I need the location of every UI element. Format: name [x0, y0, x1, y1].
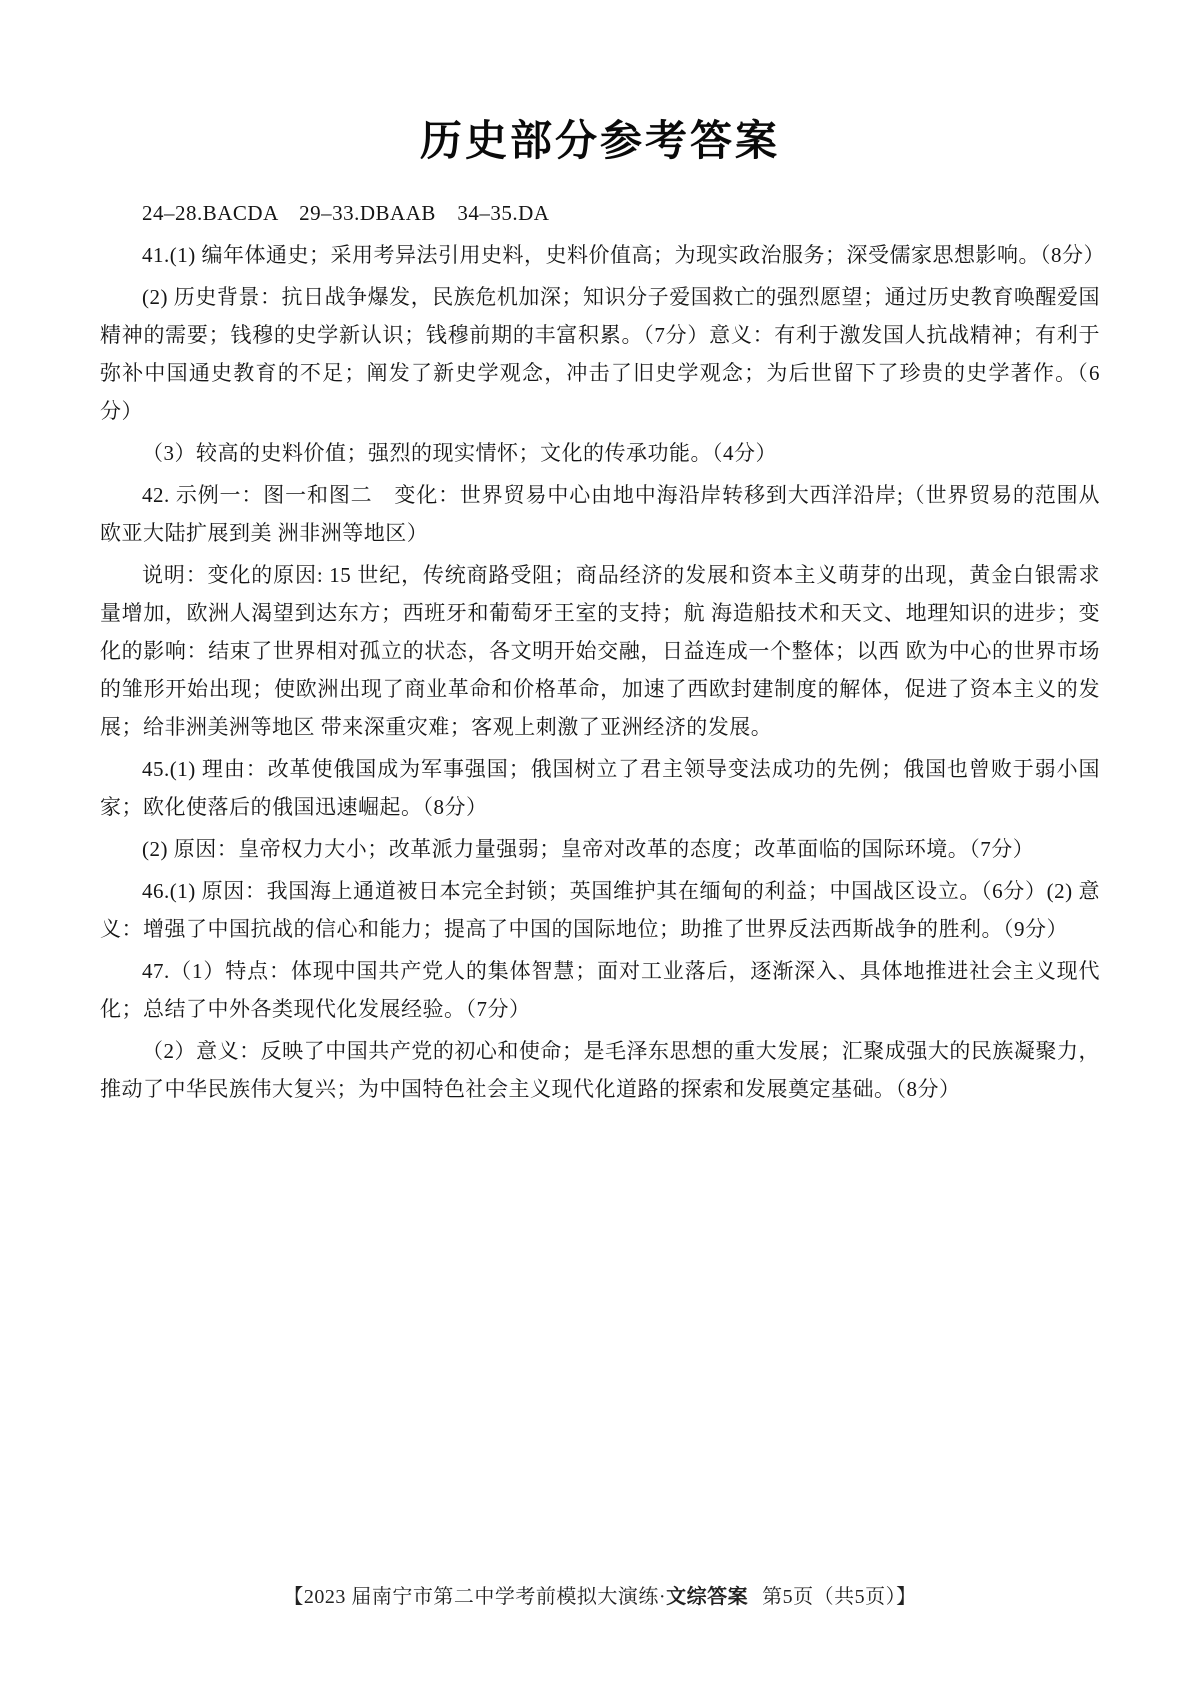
choice-answers-line: 24–28.BACDA 29–33.DBAAB 34–35.DA	[100, 194, 1100, 232]
page-footer: 【2023 届南宁市第二中学考前模拟大演练·文综答案第5页（共5页）】	[0, 1580, 1200, 1609]
answer-45-2: (2) 原因：皇帝权力大小；改革派力量强弱；皇帝对改革的态度；改革面临的国际环境…	[100, 830, 1100, 868]
answer-sheet-page: 历史部分参考答案 24–28.BACDA 29–33.DBAAB 34–35.D…	[0, 0, 1200, 1687]
footer-subject-label: 文综答案	[666, 1586, 748, 1608]
answer-41-1: 41.(1) 编年体通史；采用考异法引用史料，史料价值高；为现实政治服务；深受儒…	[100, 236, 1100, 274]
footer-page-number: 第5页（共5页）】	[748, 1586, 917, 1608]
answer-42-example: 42. 示例一：图一和图二 变化：世界贸易中心由地中海沿岸转移到大西洋沿岸;（世…	[100, 476, 1100, 552]
footer-exam-name: 【2023 届南宁市第二中学考前模拟大演练·	[283, 1586, 666, 1608]
answer-46: 46.(1) 原因：我国海上通道被日本完全封锁；英国维护其在缅甸的利益；中国战区…	[100, 872, 1100, 948]
answer-41-3: （3）较高的史料价值；强烈的现实情怀；文化的传承功能。（4分）	[100, 434, 1100, 472]
answer-42-explanation: 说明：变化的原因: 15 世纪，传统商路受阻；商品经济的发展和资本主义萌芽的出现…	[100, 556, 1100, 746]
answer-47-2: （2）意义：反映了中国共产党的初心和使命；是毛泽东思想的重大发展；汇聚成强大的民…	[100, 1032, 1100, 1108]
page-title: 历史部分参考答案	[100, 108, 1100, 168]
answer-41-2: (2) 历史背景：抗日战争爆发，民族危机加深；知识分子爱国救亡的强烈愿望；通过历…	[100, 278, 1100, 430]
answer-47-1: 47.（1）特点：体现中国共产党人的集体智慧；面对工业落后，逐渐深入、具体地推进…	[100, 952, 1100, 1028]
answer-45-1: 45.(1) 理由：改革使俄国成为军事强国；俄国树立了君主领导变法成功的先例；俄…	[100, 750, 1100, 826]
answer-content: 历史部分参考答案 24–28.BACDA 29–33.DBAAB 34–35.D…	[100, 108, 1100, 1112]
